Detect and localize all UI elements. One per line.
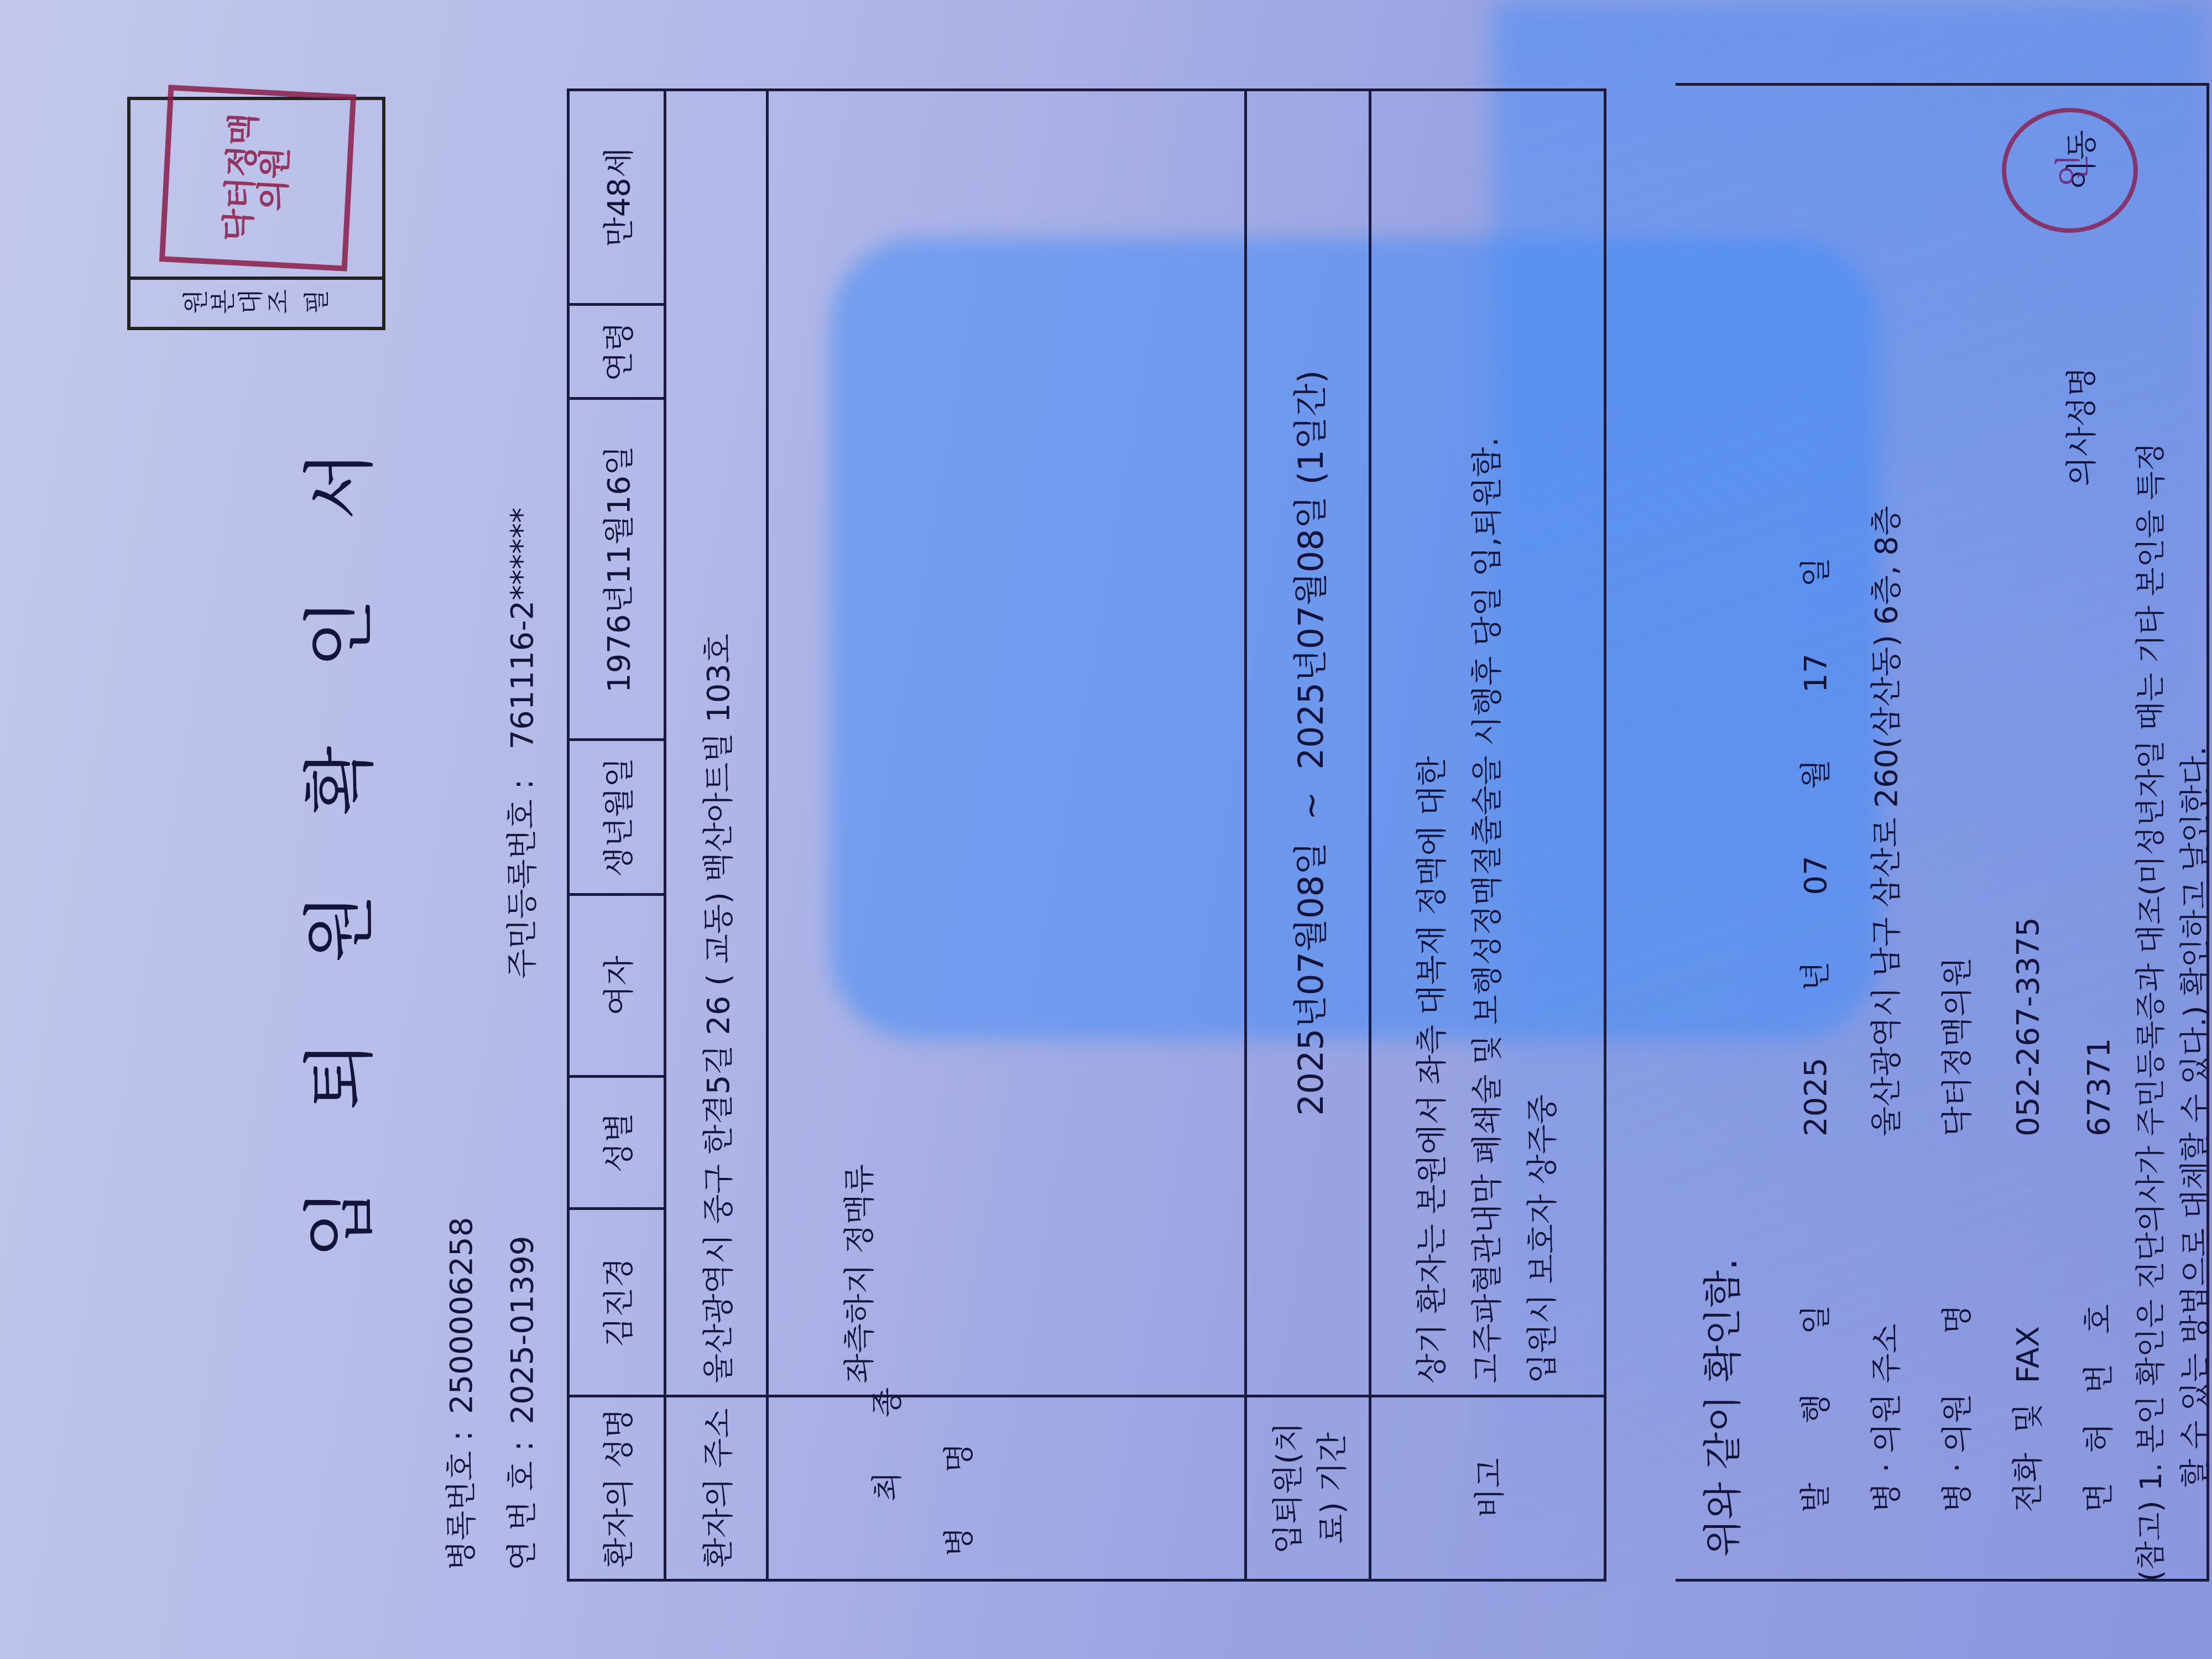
month-unit: 월 — [1781, 759, 1851, 789]
document-page: 원본대조 필 닥터정맥의원 입 퇴 원 확 인 서 병록번호 : 2500006… — [138, 77, 2018, 1604]
document-meta: 병록번호 : 2500006258 연 번 호 : 2025-01399 주민등… — [431, 1217, 553, 1571]
name-label: 환자의 성명 — [568, 1396, 665, 1580]
remarks-value: 상기 환자는 본원에서 좌측 대복재 정맥에 대한 고주파혈관내막 폐쇄술 및 … — [1370, 90, 1605, 1396]
note-item: 1. 본인 확인은 진단의사가 주민등록증과 대조(미성년자일 때는 기타 본인… — [2133, 442, 2168, 1491]
confirm-statement: 위와 같이 확인함. — [1692, 1258, 1748, 1557]
remarks-label: 비고 — [1370, 1396, 1605, 1580]
dob-label: 생년월일 — [568, 740, 665, 895]
reference-notes: (참고) 1. 본인 확인은 진단의사가 주민등록증과 대조(미성년자일 때는 … — [2129, 88, 2212, 1582]
record-number: 병록번호 : 2500006258 — [431, 1217, 492, 1571]
patient-name: 김진경 — [568, 1209, 665, 1396]
serial-no-label: 연 번 호 : — [492, 1441, 553, 1571]
seal-text: 인 — [2044, 153, 2095, 187]
table-row: 비고 상기 환자는 본원에서 좌측 대복재 정맥에 대한 고주파혈관내막 폐쇄술… — [1370, 90, 1605, 1580]
diagnosis-label-sub: 최 종 — [863, 1365, 907, 1501]
license-number: 67371 — [2064, 506, 2135, 1136]
table-row: 환자의 주소 울산광역시 중구 한결5길 26 ( 교동) 백산아트빌 103호 — [665, 90, 768, 1580]
resident-number: 주민등록번호 : 761116-2****** — [492, 508, 553, 979]
patient-address: 울산광역시 중구 한결5길 26 ( 교동) 백산아트빌 103호 — [665, 90, 768, 1396]
clinic-name: 닥터정맥의원 — [1922, 506, 1993, 1136]
diagnosis-label-main: 병 명 — [935, 1421, 979, 1557]
diagnosis-value: 좌측하지 정맥류 — [768, 90, 1246, 1396]
issue-day: 17 — [1781, 654, 1851, 693]
phone-fax-label: 전화 및 FAX — [1993, 1304, 2064, 1512]
issue-month: 07 — [1781, 855, 1851, 895]
patient-info-table: 환자의 성명 김진경 성별 여자 생년월일 1976년11월16일 연령 만48… — [567, 88, 1606, 1582]
table-row: 환자의 성명 김진경 성별 여자 생년월일 1976년11월16일 연령 만48… — [568, 90, 665, 1580]
record-no-label: 병록번호 : — [431, 1431, 492, 1571]
license-label: 면 허 번 호 — [2064, 1304, 2135, 1512]
record-no-value: 2500006258 — [431, 1217, 492, 1414]
year-unit: 년 — [1781, 961, 1851, 991]
patient-sex: 여자 — [568, 895, 665, 1077]
address-label: 환자의 주소 — [665, 1396, 768, 1580]
notes-prefix: (참고) — [2133, 1501, 2168, 1582]
diagnosis-text: 좌측하지 정맥류 — [842, 1164, 878, 1383]
remarks-line: 입원시 보호자 상주중 — [1515, 102, 1571, 1384]
remarks-line: 상기 환자는 본원에서 좌측 대복재 정맥에 대한 — [1405, 102, 1460, 1384]
serial-number: 연 번 호 : 2025-01399 — [492, 1217, 553, 1571]
period-value: 2025년07월08일 ~ 2025년07월08일 (1일간) — [1246, 90, 1370, 1396]
issuer-values: 2025 년 07 월 17 일 울산광역시 남구 삼산로 260(삼산동) 6… — [1781, 506, 2135, 1136]
clinic-address: 울산광역시 남구 삼산로 260(삼산동) 6층, 8층 — [1851, 506, 1922, 1136]
period-label: 입퇴원(치료) 기간 — [1246, 1396, 1370, 1580]
serial-no-value: 2025-01399 — [492, 1236, 553, 1425]
patient-dob: 1976년11월16일 — [568, 399, 665, 740]
diagnosis-label: 병 명 최 종 — [768, 1396, 1246, 1580]
issuer-labels: 발 행 일 병 · 의원 주소 병 · 의원 명 전화 및 FAX 면 허 번 … — [1781, 1304, 2135, 1512]
remarks-line: 고주파혈관내막 폐쇄술 및 보행성정맥절출술을 시행후 당일 입,퇴원함. — [1460, 102, 1515, 1384]
doctor-seal-icon: 인 — [2002, 108, 2138, 233]
clinic-name-label: 병 · 의원 명 — [1922, 1304, 1993, 1512]
day-unit: 일 — [1781, 557, 1851, 587]
issue-year: 2025 — [1781, 1057, 1851, 1136]
age-label: 연령 — [568, 305, 665, 399]
clinic-address-label: 병 · 의원 주소 — [1851, 1304, 1922, 1512]
issue-date-label: 발 행 일 — [1781, 1304, 1851, 1512]
note-line: (참고) 1. 본인 확인은 진단의사가 주민등록증과 대조(미성년자일 때는 … — [2129, 88, 2173, 1582]
note-line: 할 수 있는 방법으로 대체할 수 있다.) 확인하고 날인한다. — [2173, 88, 2212, 1582]
page-title: 입 퇴 원 확 인 서 — [282, 77, 385, 1604]
ssn-value: 761116-2****** — [504, 508, 540, 750]
clinic-phone: 052-267-3375 — [1993, 506, 2064, 1136]
table-row: 입퇴원(치료) 기간 2025년07월08일 ~ 2025년07월08일 (1일… — [1246, 90, 1370, 1580]
issue-date: 2025 년 07 월 17 일 — [1781, 506, 1851, 1136]
table-row: 병 명 최 종 좌측하지 정맥류 — [768, 90, 1246, 1580]
ssn-label: 주민등록번호 : — [504, 779, 540, 979]
doctor-label: 의사성명 — [2057, 367, 2101, 486]
sex-label: 성별 — [568, 1076, 665, 1208]
patient-age: 만48세 — [568, 90, 665, 305]
